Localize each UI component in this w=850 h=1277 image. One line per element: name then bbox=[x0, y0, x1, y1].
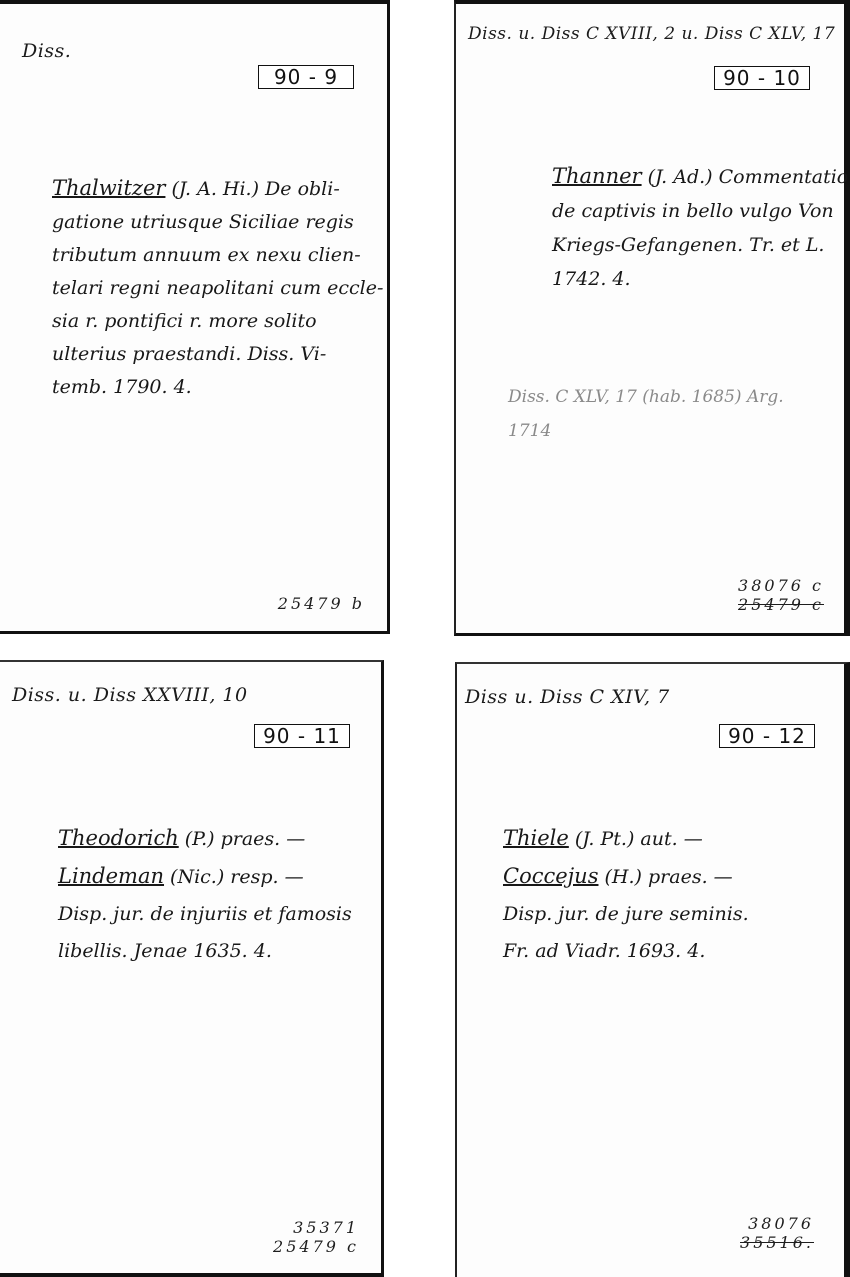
entry-line: Theodorich (P.) praes. — bbox=[58, 820, 352, 858]
entry-line: Disp. jur. de jure seminis. bbox=[503, 896, 749, 933]
entry-line: ulterius praestandi. Diss. Vi- bbox=[52, 338, 383, 371]
accession-numbers: 38076 c 25479 c bbox=[738, 576, 824, 614]
author-name: Lindeman bbox=[58, 864, 164, 888]
catalog-entry: Thiele (J. Pt.) aut. — Coccejus (H.) pra… bbox=[503, 820, 749, 970]
entry-line: Thalwitzer (J. A. Hi.) De obli- bbox=[52, 172, 383, 206]
catalog-card-2: Diss. u. Diss C XVIII, 2 u. Diss C XLV, … bbox=[454, 0, 850, 636]
entry-line: sia r. pontifici r. more solito bbox=[52, 305, 383, 338]
entry-line: tributum annuum ex nexu clien- bbox=[52, 239, 383, 272]
header-note: Diss. bbox=[22, 40, 71, 62]
accession-number: 38076 c bbox=[738, 576, 824, 595]
header-note: Diss. u. Diss C XVIII, 2 u. Diss C XLV, … bbox=[468, 24, 835, 44]
pencil-note-line: 1714 bbox=[508, 414, 784, 448]
pencil-note-line: Diss. C XLV, 17 (hab. 1685) Arg. bbox=[508, 380, 784, 414]
author-name: Thiele bbox=[503, 826, 569, 850]
entry-line: Fr. ad Viadr. 1693. 4. bbox=[503, 933, 749, 970]
author-name: Theodorich bbox=[58, 826, 179, 850]
entry-line: libellis. Jenae 1635. 4. bbox=[58, 933, 352, 970]
accession-numbers: 38076 35516. bbox=[740, 1214, 814, 1252]
entry-line: telari regni neapolitani cum eccle- bbox=[52, 272, 383, 305]
author-name: Coccejus bbox=[503, 864, 598, 888]
catalog-entry: Thanner (J. Ad.) Commentatio de captivis… bbox=[552, 159, 848, 296]
accession-number-struck: 35516. bbox=[740, 1233, 814, 1252]
header-note: Diss u. Diss C XIV, 7 bbox=[465, 686, 670, 708]
entry-line: de captivis in bello vulgo Von bbox=[552, 194, 848, 228]
entry-line: 1742. 4. bbox=[552, 262, 848, 296]
entry-text: (H.) praes. — bbox=[598, 866, 732, 888]
call-number-box: 90 - 9 bbox=[258, 65, 354, 89]
accession-number: 25479 c bbox=[273, 1237, 359, 1256]
accession-number-struck: 25479 c bbox=[738, 595, 824, 614]
entry-line: Disp. jur. de injuriis et famosis bbox=[58, 896, 352, 933]
catalog-card-4: Diss u. Diss C XIV, 7 90 - 12 Thiele (J.… bbox=[455, 662, 850, 1277]
entry-line: Thiele (J. Pt.) aut. — bbox=[503, 820, 749, 858]
call-number-box: 90 - 10 bbox=[714, 66, 810, 90]
entry-line: Coccejus (H.) praes. — bbox=[503, 858, 749, 896]
header-note: Diss. u. Diss XXVIII, 10 bbox=[12, 684, 248, 706]
accession-number: 35371 bbox=[273, 1218, 359, 1237]
author-name: Thalwitzer bbox=[52, 176, 165, 200]
entry-line: Kriegs-Gefangenen. Tr. et L. bbox=[552, 228, 848, 262]
entry-line: Lindeman (Nic.) resp. — bbox=[58, 858, 352, 896]
accession-numbers: 25479 b bbox=[278, 594, 365, 613]
entry-text: (J. A. Hi.) De obli- bbox=[165, 178, 339, 200]
entry-line: Thanner (J. Ad.) Commentatio bbox=[552, 159, 848, 194]
accession-numbers: 35371 25479 c bbox=[273, 1218, 359, 1256]
entry-line: temb. 1790. 4. bbox=[52, 371, 383, 404]
catalog-card-3: Diss. u. Diss XXVIII, 10 90 - 11 Theodor… bbox=[0, 660, 384, 1277]
catalog-entry: Theodorich (P.) praes. — Lindeman (Nic.)… bbox=[58, 820, 352, 970]
entry-text: (Nic.) resp. — bbox=[164, 866, 304, 888]
catalog-card-1: Diss. 90 - 9 Thalwitzer (J. A. Hi.) De o… bbox=[0, 0, 390, 634]
call-number-box: 90 - 11 bbox=[254, 724, 350, 748]
catalog-entry: Thalwitzer (J. A. Hi.) De obli- gatione … bbox=[52, 172, 383, 404]
entry-line: gatione utriusque Siciliae regis bbox=[52, 206, 383, 239]
accession-number: 25479 b bbox=[278, 594, 365, 613]
pencil-note: Diss. C XLV, 17 (hab. 1685) Arg. 1714 bbox=[508, 380, 784, 448]
accession-number: 38076 bbox=[740, 1214, 814, 1233]
entry-text: (J. Ad.) Commentatio bbox=[642, 166, 849, 188]
call-number-box: 90 - 12 bbox=[719, 724, 815, 748]
entry-text: (P.) praes. — bbox=[179, 828, 306, 850]
author-name: Thanner bbox=[552, 164, 642, 188]
entry-text: (J. Pt.) aut. — bbox=[569, 828, 703, 850]
